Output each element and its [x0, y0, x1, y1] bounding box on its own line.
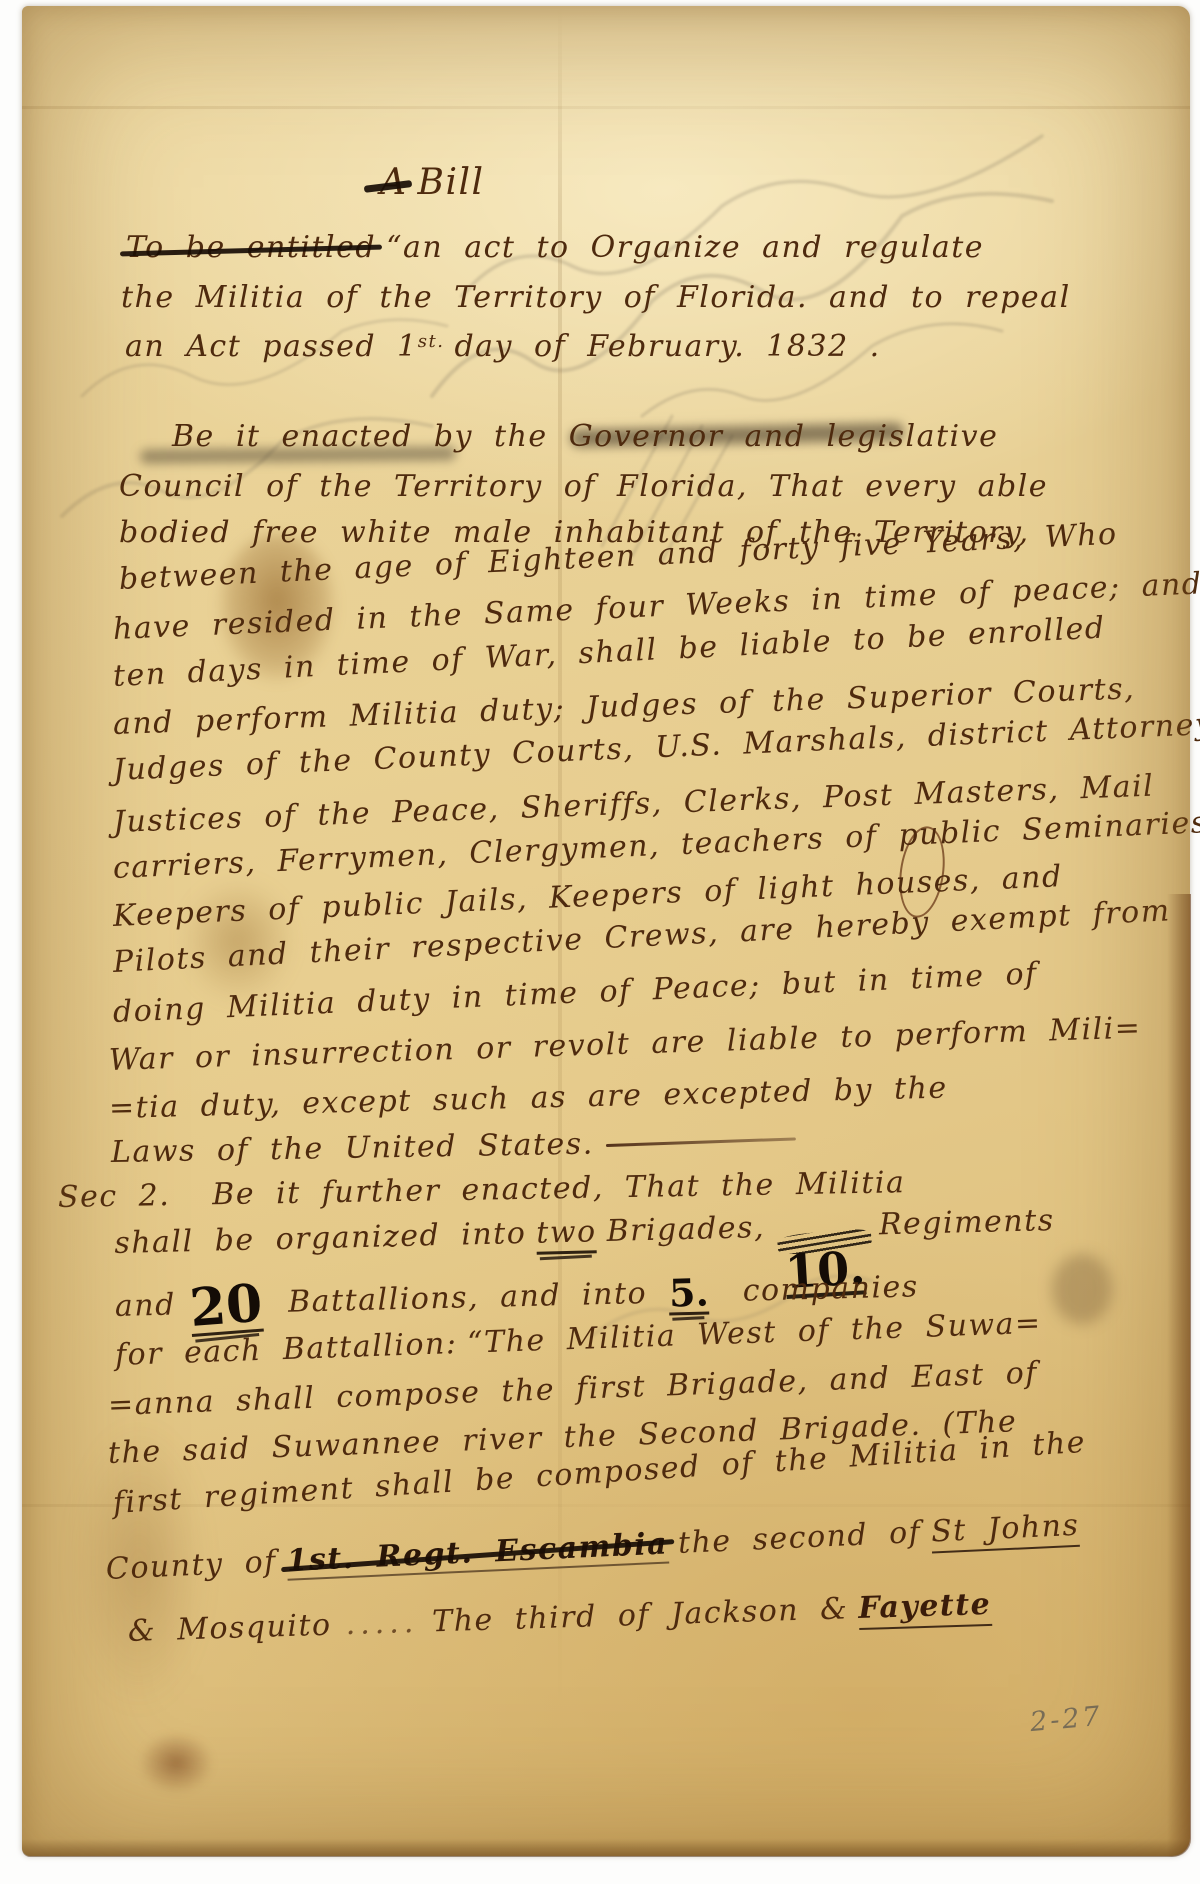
line-text: Brigades,: [606, 1210, 765, 1249]
text-line: Laws of the United States.: [111, 1123, 796, 1170]
section-2-line: Sec 2.Be it further enacted, That the Mi…: [58, 1165, 906, 1215]
line-text: Laws of the United States.: [111, 1127, 594, 1170]
text-line: an Act passed 1st.day of February. 1832 …: [125, 329, 881, 364]
flourish-dash: [606, 1137, 796, 1147]
ink-smudge-near-number: [1052, 1254, 1112, 1324]
line-text: day of February. 1832 .: [454, 329, 880, 364]
paper-edge-bottom-shadow: [22, 1839, 1190, 1857]
line-text: and: [114, 1288, 176, 1324]
line-text: “an act to Organize and regulate: [386, 230, 984, 265]
fold-crease-top: [22, 106, 1190, 109]
title-word-bill: Bill: [418, 162, 485, 203]
line-text: =tia duty, except such as are excepted b…: [109, 1071, 948, 1126]
inserted-number-20: 20: [188, 1279, 264, 1338]
text-line: & Mosquito.....The third of Jackson &Fay…: [127, 1587, 991, 1649]
line-text: & Mosquito: [127, 1608, 332, 1649]
text-line: the Militia of the Territory of Florida.…: [121, 280, 1071, 315]
line-text: Regiments: [879, 1203, 1055, 1242]
document-title-line: ABill: [380, 162, 485, 203]
inserted-number-5: 5.: [669, 1274, 710, 1315]
line-text: The third of Jackson &: [432, 1591, 849, 1639]
paper-edge-right-shadow: [1167, 894, 1191, 1857]
struck-word-a: A: [380, 162, 408, 203]
superscript-st: st.: [418, 331, 445, 352]
struck-phrase-to-be-entitled: To be entitled: [126, 230, 376, 265]
text-line: Council of the Territory of Florida, Tha…: [119, 469, 1048, 504]
line-text: Be it enacted by the Governor and legisl…: [172, 419, 998, 454]
underlined-fayette: Fayette: [858, 1587, 992, 1630]
line-text: Council of the Territory of Florida, Tha…: [119, 469, 1048, 504]
line-text: companies: [742, 1269, 919, 1308]
section-label: Sec 2.: [58, 1178, 171, 1215]
line-text: County of: [105, 1544, 277, 1587]
bleed-through-ghost-top: [402, 96, 1102, 436]
text-line: Be it enacted by the Governor and legisl…: [172, 419, 998, 454]
pencil-page-number: 2-27: [1029, 1701, 1104, 1738]
text-line: To be entitled“an act to Organize and re…: [126, 230, 984, 265]
stain-bottom-left: [138, 1732, 214, 1794]
text-line: County of1st. Regt. Escambiathe second o…: [105, 1508, 1080, 1589]
manuscript-page: ABill To be entitled“an act to Organize …: [22, 6, 1190, 1856]
line-text: shall be organized into: [114, 1216, 527, 1261]
line-text: Be it further enacted, That the Militia: [212, 1165, 906, 1212]
leader-dots: .....: [345, 1605, 419, 1642]
line-text: an Act passed 1: [125, 329, 418, 364]
text-line: =tia duty, except such as are excepted b…: [109, 1071, 948, 1126]
scan-background: { "page": { "kind": "scanned handwritten…: [0, 0, 1200, 1884]
line-text: the Militia of the Territory of Florida.…: [121, 280, 1071, 315]
underlined-st-johns: St Johns: [930, 1508, 1080, 1554]
line-text: Battallions, and into: [288, 1276, 648, 1320]
underlined-word-two: two: [536, 1214, 597, 1254]
struck-insert-escambia: 1st. Regt. Escambia: [286, 1526, 669, 1580]
line-text: the second of: [677, 1515, 922, 1561]
